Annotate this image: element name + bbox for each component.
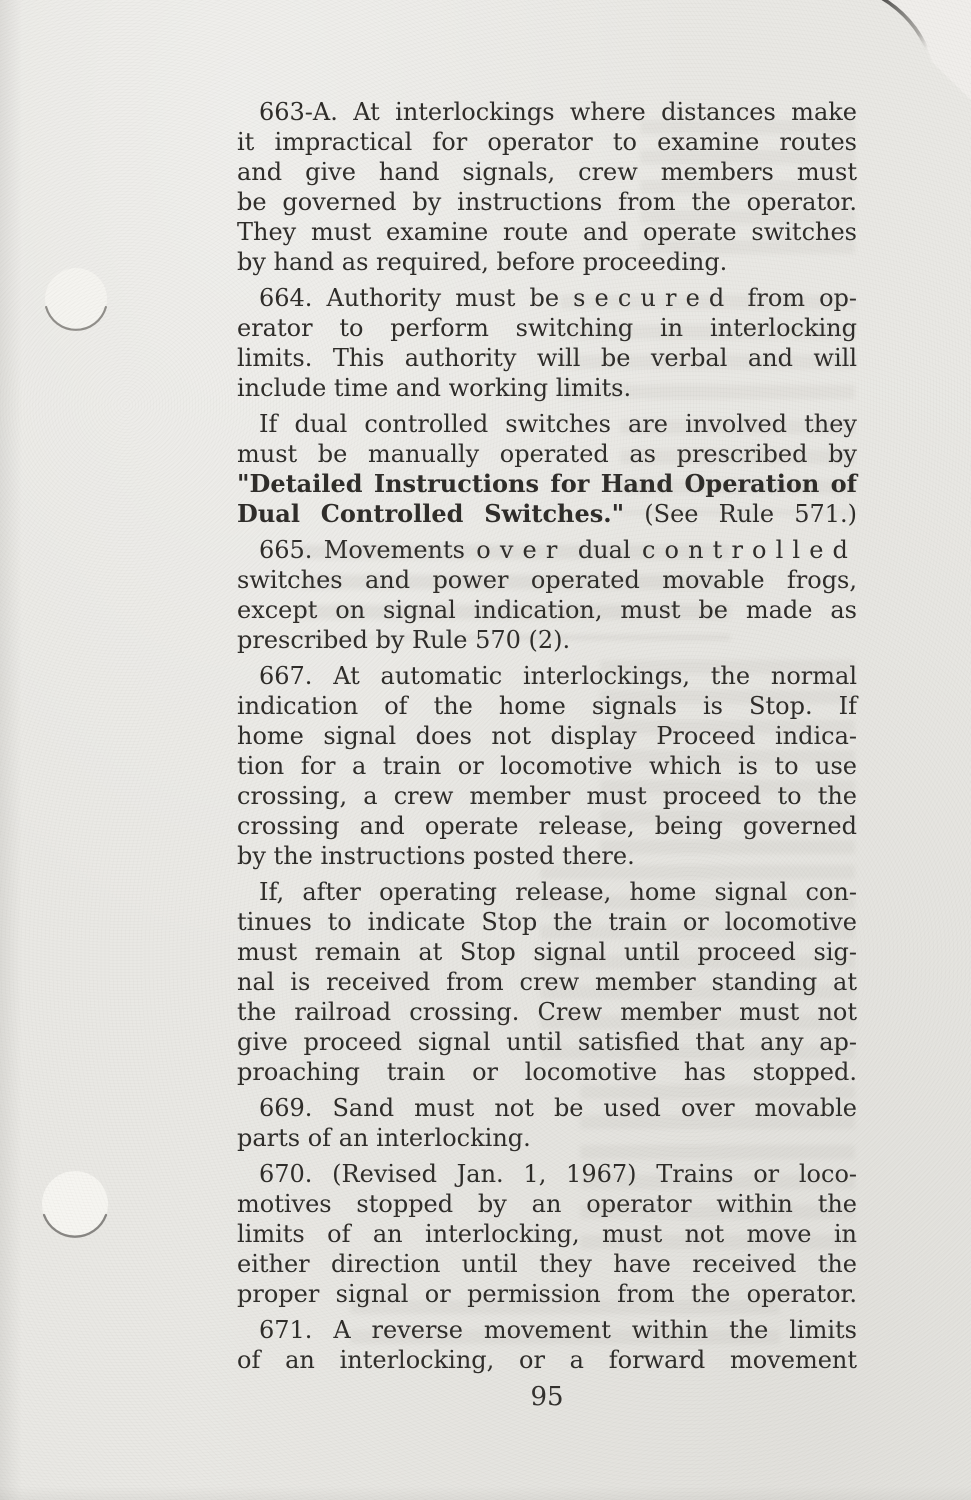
text-line: tion for a train or locomotive which is … [237, 751, 857, 781]
text-line: the railroad crossing. Crew member must … [237, 997, 857, 1027]
page-bottom-edge-shadow [0, 1486, 971, 1500]
text-line: 669. Sand must not be used over movable [237, 1093, 857, 1123]
text-line: 663-A. At interlockings where distances … [237, 97, 857, 127]
page-text: 663-A. At interlockings where distances … [237, 97, 857, 1381]
rule-paragraph: 671. A reverse movement within the limit… [237, 1315, 857, 1375]
text-line: home signal does not display Proceed ind… [237, 721, 857, 751]
text-line: limits of an interlocking, must not move… [237, 1219, 857, 1249]
text-line: 671. A reverse movement within the limit… [237, 1315, 857, 1345]
text-line: either direction until they have receive… [237, 1249, 857, 1279]
binder-hole-top [36, 259, 116, 339]
rule-paragraph: 669. Sand must not be used over movablep… [237, 1093, 857, 1153]
rule-paragraph: If dual controlled switches are involved… [237, 409, 857, 529]
text-line: by hand as required, before proceeding. [237, 247, 857, 277]
page-curl-mark [806, 0, 971, 100]
text-line: proaching train or locomotive has stoppe… [237, 1057, 857, 1087]
text-line: nal is received from crew member standin… [237, 967, 857, 997]
text-line: tinues to indicate Stop the train or loc… [237, 907, 857, 937]
text-line: parts of an interlocking. [237, 1123, 857, 1153]
text-line: give proceed signal until satisfied that… [237, 1027, 857, 1057]
text-line: must remain at Stop signal until proceed… [237, 937, 857, 967]
page-left-edge-shadow [0, 0, 22, 1500]
text-line: crossing, a crew member must proceed to … [237, 781, 857, 811]
scanned-page: 663-A. At interlockings where distances … [0, 0, 971, 1500]
rule-paragraph: If, after operating release, home signal… [237, 877, 857, 1087]
text-line: 667. At automatic interlockings, the nor… [237, 661, 857, 691]
text-line: 664. Authority must be secured from op- [237, 283, 857, 313]
text-line: except on signal indication, must be mad… [237, 595, 857, 625]
rule-paragraph: 663-A. At interlockings where distances … [237, 97, 857, 277]
text-line: 670. (Revised Jan. 1, 1967) Trains or lo… [237, 1159, 857, 1189]
text-line: 665. Movements over dual controlled [237, 535, 857, 565]
text-line: If, after operating release, home signal… [237, 877, 857, 907]
text-line: proper signal or permission from the ope… [237, 1279, 857, 1309]
text-line: motives stopped by an operator within th… [237, 1189, 857, 1219]
text-line: switches and power operated movable frog… [237, 565, 857, 595]
text-line: by the instructions posted there. [237, 841, 857, 871]
text-line: must be manually operated as prescribed … [237, 439, 857, 469]
rule-paragraph: 664. Authority must be secured from op-e… [237, 283, 857, 403]
text-line: limits. This authority will be verbal an… [237, 343, 857, 373]
text-line: include time and working limits. [237, 373, 857, 403]
text-line: Dual Controlled Switches." (See Rule 571… [237, 499, 857, 529]
text-line: If dual controlled switches are involved… [237, 409, 857, 439]
text-line: indication of the home signals is Stop. … [237, 691, 857, 721]
binder-hole-bottom [35, 1166, 115, 1246]
text-line: They must examine route and operate swit… [237, 217, 857, 247]
rule-paragraph: 665. Movements over dual controlledswitc… [237, 535, 857, 655]
text-line: erator to perform switching in interlock… [237, 313, 857, 343]
text-line: be governed by instructions from the ope… [237, 187, 857, 217]
text-line: prescribed by Rule 570 (2). [237, 625, 857, 655]
text-line: "Detailed Instructions for Hand Operatio… [237, 469, 857, 499]
page-number: 95 [237, 1382, 857, 1412]
text-line: and give hand signals, crew members must [237, 157, 857, 187]
text-line: crossing and operate release, being gove… [237, 811, 857, 841]
text-line: of an interlocking, or a forward movemen… [237, 1345, 857, 1375]
rule-paragraph: 667. At automatic interlockings, the nor… [237, 661, 857, 871]
text-line: it impractical for operator to examine r… [237, 127, 857, 157]
rule-paragraph: 670. (Revised Jan. 1, 1967) Trains or lo… [237, 1159, 857, 1309]
